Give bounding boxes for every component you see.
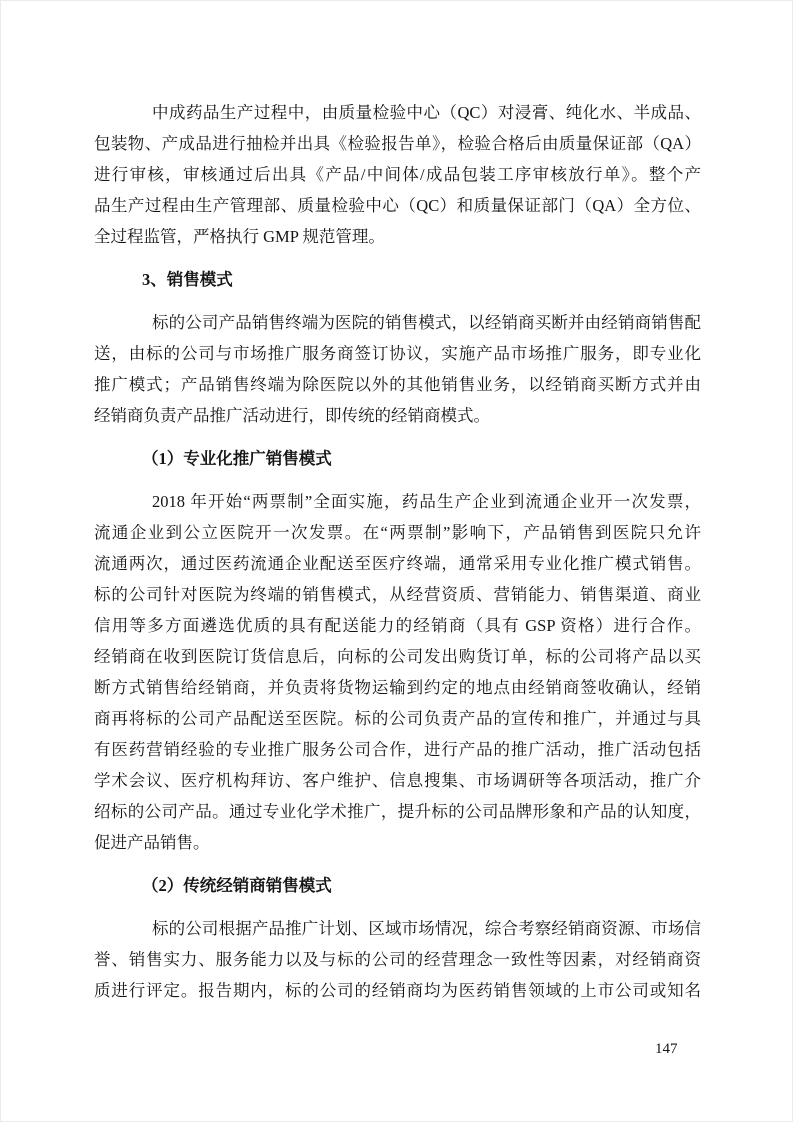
text-line: 促进产品销售。 — [94, 827, 701, 858]
text-line: 经销商在收到医院订货信息后，向标的公司发出购货订单，标的公司将产品以买 — [94, 641, 701, 672]
text-line: 誉、销售实力、服务能力以及与标的公司的经营理念一致性等因素，对经销商资 — [94, 944, 701, 975]
text-line: 标的公司针对医院为终端的销售模式，从经营资质、营销能力、销售渠道、商业 — [94, 579, 701, 610]
text-line: 送，由标的公司与市场推广服务商签订协议，实施产品市场推广服务，即专业化 — [94, 338, 701, 369]
text-line: 经销商负责产品推广活动进行，即传统的经销商模式。 — [94, 400, 701, 431]
paragraph: 中成药品生产过程中，由质量检验中心（QC）对浸膏、纯化水、半成品、包装物、产成品… — [94, 97, 701, 252]
text-line: 有医药营销经验的专业推广服务公司合作，进行产品的推广活动，推广活动包括 — [94, 734, 701, 765]
text-line: 中成药品生产过程中，由质量检验中心（QC）对浸膏、纯化水、半成品、 — [94, 97, 701, 128]
section-heading: （2）传统经销商销售模式 — [94, 870, 701, 901]
text-line: 2018 年开始“两票制”全面实施，药品生产企业到流通企业开一次发票， — [94, 486, 701, 517]
section-heading: 3、销售模式 — [94, 264, 701, 295]
page-content: 中成药品生产过程中，由质量检验中心（QC）对浸膏、纯化水、半成品、包装物、产成品… — [94, 97, 701, 1018]
text-line: 进行审核，审核通过后出具《产品/中间体/成品包装工序审核放行单》。整个产 — [94, 159, 701, 190]
paragraph: 标的公司根据产品推广计划、区域市场情况，综合考察经销商资源、市场信誉、销售实力、… — [94, 913, 701, 1006]
text-line: 断方式销售给经销商，并负责将货物运输到约定的地点由经销商签收确认，经销 — [94, 672, 701, 703]
text-line: 商再将标的公司产品配送至医院。标的公司负责产品的宣传和推广，并通过与具 — [94, 703, 701, 734]
page-number: 147 — [655, 1041, 678, 1057]
text-line: 包装物、产成品进行抽检并出具《检验报告单》，检验合格后由质量保证部（QA） — [94, 128, 701, 159]
text-line: 推广模式；产品销售终端为除医院以外的其他销售业务，以经销商买断方式并由 — [94, 369, 701, 400]
text-line: 绍标的公司产品。通过专业化学术推广，提升标的公司品牌形象和产品的认知度， — [94, 796, 701, 827]
section-heading: （1）专业化推广销售模式 — [94, 443, 701, 474]
text-line: 质进行评定。报告期内，标的公司的经销商均为医药销售领域的上市公司或知名 — [94, 975, 701, 1006]
text-line: 标的公司根据产品推广计划、区域市场情况，综合考察经销商资源、市场信 — [94, 913, 701, 944]
text-line: 流通两次，通过医药流通企业配送至医疗终端，通常采用专业化推广模式销售。 — [94, 548, 701, 579]
text-line: 学术会议、医疗机构拜访、客户维护、信息搜集、市场调研等各项活动，推广介 — [94, 765, 701, 796]
text-line: 流通企业到公立医院开一次发票。在“两票制”影响下，产品销售到医院只允许 — [94, 517, 701, 548]
paragraph: 2018 年开始“两票制”全面实施，药品生产企业到流通企业开一次发票，流通企业到… — [94, 486, 701, 858]
text-line: 信用等多方面遴选优质的具有配送能力的经销商（具有 GSP 资格）进行合作。 — [94, 610, 701, 641]
document-page: 中成药品生产过程中，由质量检验中心（QC）对浸膏、纯化水、半成品、包装物、产成品… — [0, 0, 793, 1122]
text-line: 品生产过程由生产管理部、质量检验中心（QC）和质量保证部门（QA）全方位、 — [94, 190, 701, 221]
text-line: 标的公司产品销售终端为医院的销售模式，以经销商买断并由经销商销售配 — [94, 307, 701, 338]
text-line: 全过程监管，严格执行 GMP 规范管理。 — [94, 221, 701, 252]
paragraph: 标的公司产品销售终端为医院的销售模式，以经销商买断并由经销商销售配送，由标的公司… — [94, 307, 701, 431]
